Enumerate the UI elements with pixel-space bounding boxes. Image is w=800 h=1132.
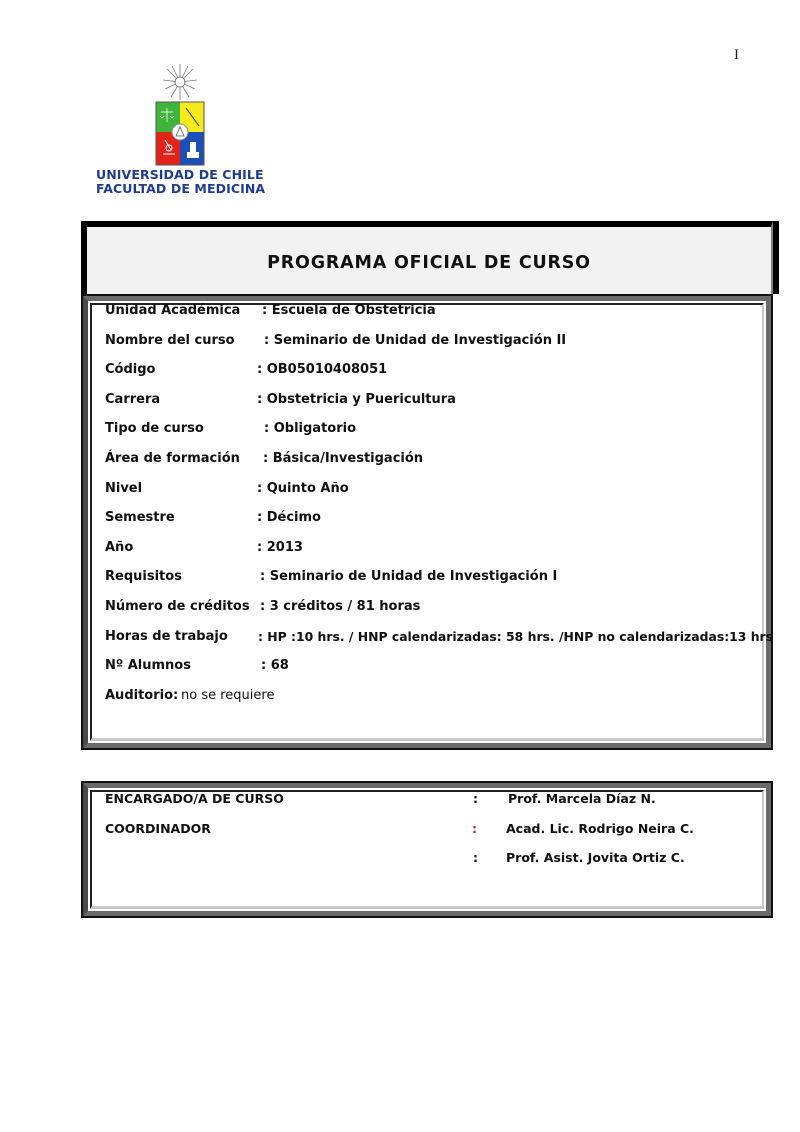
- institution-line-1: UNIVERSIDAD DE CHILE: [96, 168, 265, 182]
- course-info-value: : Décimo: [257, 510, 321, 525]
- course-info-value: : Seminario de Unidad de Investigación I…: [264, 333, 566, 348]
- course-info-value: : Escuela de Obstetricia: [262, 303, 436, 318]
- course-info-label: Nombre del curso: [105, 333, 235, 348]
- course-info-value: : 68: [261, 658, 289, 673]
- course-info-label: Nivel: [105, 481, 142, 496]
- staff-name: Prof. Asist. Jovita Ortiz C.: [506, 850, 685, 865]
- course-info-label: Unidad Académica: [105, 303, 240, 318]
- course-info-value: : HP :10 hrs. / HNP calendarizadas: 58 h…: [258, 629, 773, 644]
- course-info-value: : Quinto Año: [257, 481, 349, 496]
- staff-name: Acad. Lic. Rodrigo Neira C.: [506, 821, 694, 836]
- staff-separator: :: [472, 821, 477, 836]
- course-info-label: Carrera: [105, 392, 160, 407]
- institution-line-2: FACULTAD DE MEDICINA: [96, 182, 265, 196]
- course-info-value: : 3 créditos / 81 horas: [260, 599, 420, 614]
- course-info-label: Horas de trabajo: [105, 629, 228, 644]
- course-info-value: : Básica/Investigación: [263, 451, 423, 466]
- course-info-label: Año: [105, 540, 133, 555]
- staff-separator: :: [473, 850, 478, 865]
- course-info-panel: [83, 296, 771, 748]
- course-info-label: Semestre: [105, 510, 175, 525]
- staff-separator: :: [473, 791, 478, 806]
- course-info-label: Auditorio:: [105, 688, 178, 703]
- title-banner: PROGRAMA OFICIAL DE CURSO: [81, 221, 773, 294]
- course-info-label: Número de créditos: [105, 599, 250, 614]
- course-info-label: Nº Alumnos: [105, 658, 191, 673]
- staff-role: COORDINADOR: [105, 821, 211, 836]
- course-info-label: Área de formación: [105, 451, 240, 466]
- page-number: I: [734, 47, 739, 64]
- staff-role: ENCARGADO/A DE CURSO: [105, 791, 284, 806]
- course-info-value: : 2013: [257, 540, 303, 555]
- course-info-label: Requisitos: [105, 569, 182, 584]
- course-info-value: : Seminario de Unidad de Investigación I: [260, 569, 557, 584]
- staff-name: Prof. Marcela Díaz N.: [508, 791, 656, 806]
- course-info-label: Tipo de curso: [105, 421, 204, 436]
- course-info-value: : Obstetricia y Puericultura: [257, 392, 456, 407]
- course-info-value: : Obligatorio: [264, 421, 356, 436]
- course-info-value: : OB05010408051: [257, 362, 387, 377]
- page-title: PROGRAMA OFICIAL DE CURSO: [87, 253, 771, 273]
- institution-name: UNIVERSIDAD DE CHILE FACULTAD DE MEDICIN…: [96, 168, 265, 196]
- university-logo-icon: [155, 62, 205, 166]
- course-info-value: no se requiere: [181, 688, 274, 703]
- course-info-label: Código: [105, 362, 155, 377]
